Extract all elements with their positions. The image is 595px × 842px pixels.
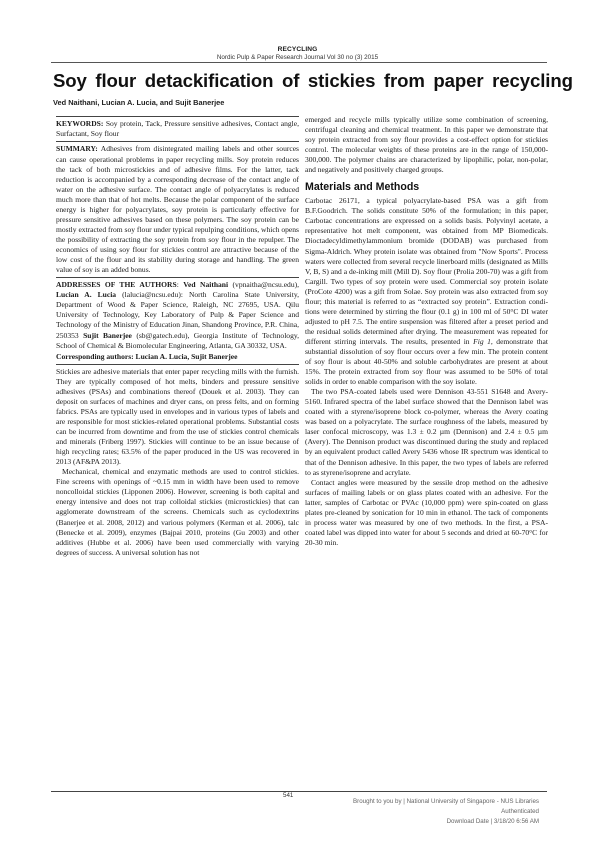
figure-1-reference[interactable]: Fig 1 <box>473 337 491 346</box>
download-date: Download Date | 3/18/20 6:56 AM <box>447 818 539 825</box>
author3-name: Sujit Banerjee <box>83 331 132 340</box>
author1-name: Ved Naithani <box>183 280 228 289</box>
right-column: emerged and recycle mills typically util… <box>305 115 548 548</box>
summary-label: SUMMARY: <box>56 144 98 153</box>
footer-divider <box>51 791 547 792</box>
keywords-label: KEYWORDS: <box>56 119 103 128</box>
addresses-block: ADDRESSES OF THE AUTHORS: Ved Naithani (… <box>56 278 299 363</box>
page-number: 541 <box>283 792 293 799</box>
methods-paragraph-2: The two PSA-coated labels used were Denn… <box>305 387 548 477</box>
addresses-label: ADDRESSES OF THE AUTHORS <box>56 280 177 289</box>
methods-p1-text-a: Carbotac 26171, a typical polyacrylate-b… <box>305 196 548 346</box>
article-authors: Ved Naithani, Lucian A. Lucia, and Sujit… <box>53 98 224 107</box>
corresponding-authors: Corresponding authors: Lucian A. Lucia, … <box>56 352 237 361</box>
access-provider-notice: Brought to you by | National University … <box>353 798 539 805</box>
author1-email: (vpnaitha@ncsu.edu), <box>228 280 299 289</box>
author2-name: Lucian A. Lucia <box>56 290 116 299</box>
intro-paragraph-2: Mechanical, chemical and enzymatic metho… <box>56 467 299 557</box>
methods-paragraph-3: Contact angles were measured by the sess… <box>305 478 548 548</box>
header-divider <box>51 62 547 63</box>
section-label: RECYCLING <box>0 46 595 53</box>
intro-paragraph-1: Stickies are adhesive materials that ent… <box>56 367 299 467</box>
methods-heading: Materials and Methods <box>305 181 548 194</box>
intro-paragraph-3: emerged and recycle mills typically util… <box>305 115 548 175</box>
article-title: Soy flour detackification of stickies fr… <box>53 70 548 92</box>
keywords-block: KEYWORDS: Soy protein, Tack, Pressure se… <box>56 117 299 141</box>
authenticated-notice: Authenticated <box>501 808 539 815</box>
left-column: KEYWORDS: Soy protein, Tack, Pressure se… <box>56 116 299 558</box>
methods-paragraph-1: Carbotac 26171, a typical polyacrylate-b… <box>305 196 548 387</box>
body-top-rule <box>56 364 299 365</box>
summary-block: SUMMARY: Adhesives from disintegrated ma… <box>56 142 299 277</box>
summary-text: Adhesives from disintegrated mailing lab… <box>56 144 299 274</box>
journal-citation: Nordic Pulp & Paper Research Journal Vol… <box>0 54 595 61</box>
